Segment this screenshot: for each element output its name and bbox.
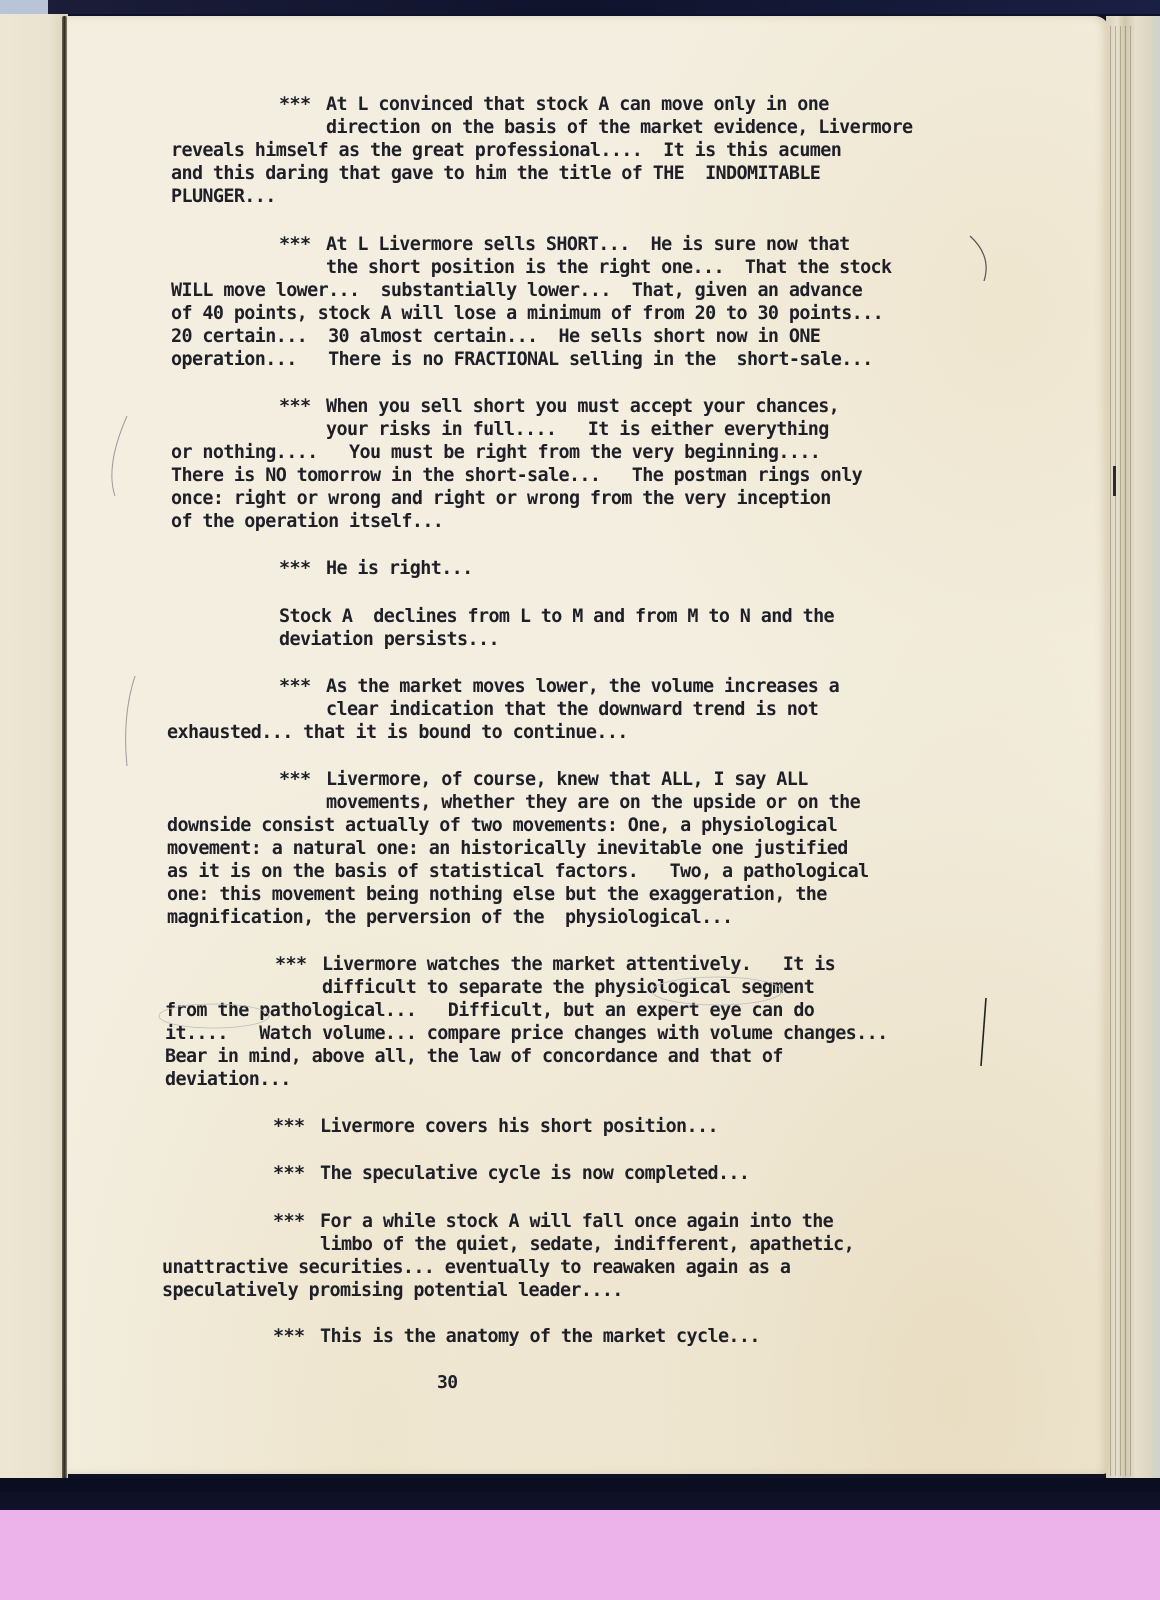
page-stack-edge: [1106, 16, 1160, 1486]
scan-corner-tab: [0, 0, 48, 14]
scan-bottom-border: [0, 1478, 1160, 1492]
pencil-annotations: [67, 16, 1109, 1474]
left-page-edge: [0, 14, 68, 1490]
page-gutter: [62, 16, 67, 1486]
typewritten-page: *** At L convinced that stock A can move…: [67, 16, 1109, 1474]
edge-mark: [1113, 466, 1116, 496]
page-edge-lines: [1110, 26, 1134, 1476]
open-book: *** At L convinced that stock A can move…: [0, 14, 1160, 1510]
